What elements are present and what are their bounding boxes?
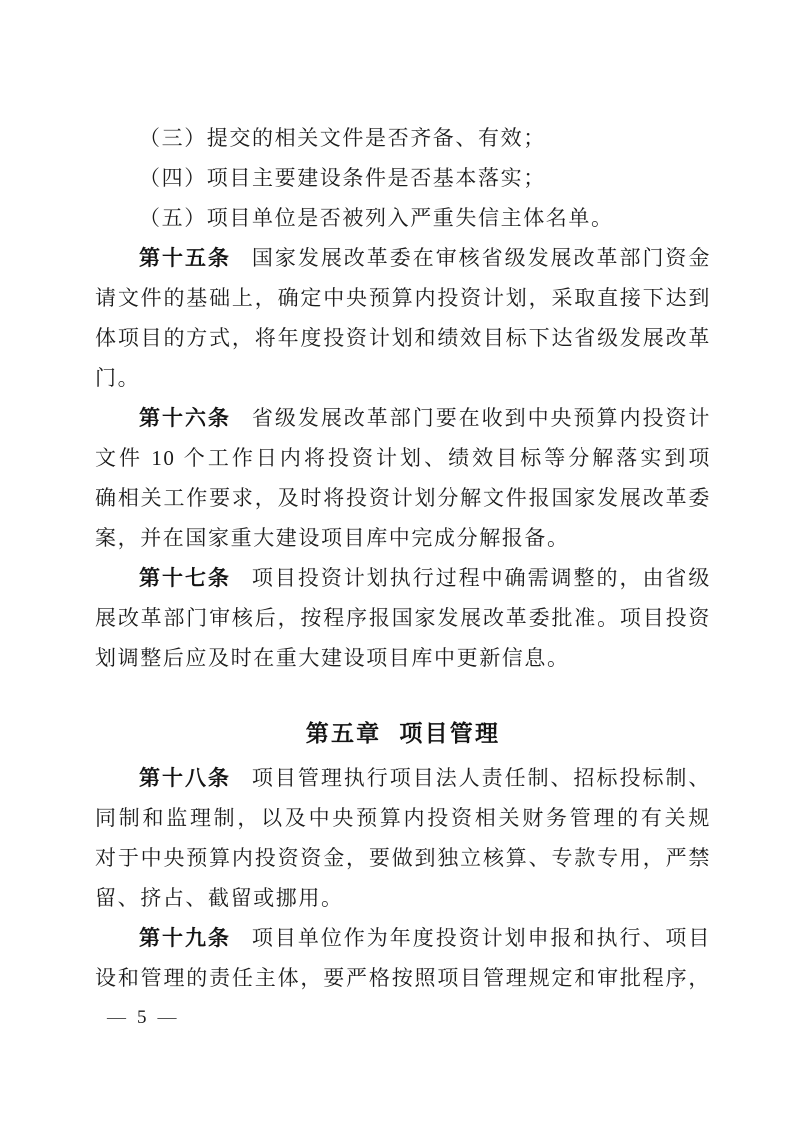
chapter-5-title: 项目管理: [399, 720, 500, 746]
clause-item-4: （四）项目主要建设条件是否基本落实；: [95, 158, 711, 198]
article-19-line-2: 设和管理的责任主体，要严格按照项目管理规定和审批程序，落: [95, 958, 711, 998]
article-18-line-1: 第十八条项目管理执行项目法人责任制、招标投标制、合: [95, 758, 711, 798]
article-15-line-3: 体项目的方式，将年度投资计划和绩效目标下达省级发展改革部: [95, 318, 711, 358]
document-body: （三）提交的相关文件是否齐备、有效； （四）项目主要建设条件是否基本落实； （五…: [95, 118, 711, 998]
article-17-line-3: 划调整后应及时在重大建设项目库中更新信息。: [95, 638, 711, 678]
footer-right-dash: —: [158, 1007, 177, 1028]
page-number: 5: [126, 1007, 158, 1028]
article-19-number: 第十九条: [139, 927, 231, 950]
article-18-line-2: 同制和监理制，以及中央预算内投资相关财务管理的有关规定。: [95, 798, 711, 838]
article-18-line-3: 对于中央预算内投资资金，要做到独立核算、专款专用，严禁滞: [95, 838, 711, 878]
page-number-footer: —5—: [107, 1003, 177, 1033]
article-15-line-4: 门。: [95, 358, 711, 398]
article-18-number: 第十八条: [139, 767, 231, 790]
document-page: （三）提交的相关文件是否齐备、有效； （四）项目主要建设条件是否基本落实； （五…: [0, 0, 800, 1131]
article-16-line-2: 文件 10 个工作日内将投资计划、绩效目标等分解落实到项目，明: [95, 438, 711, 478]
clause-item-5: （五）项目单位是否被列入严重失信主体名单。: [95, 198, 711, 238]
chapter-5-number: 第五章: [306, 720, 382, 746]
article-15-line-2: 请文件的基础上，确定中央预算内投资计划，采取直接下达到具: [95, 278, 711, 318]
chapter-5-heading: 第五章项目管理: [95, 713, 711, 753]
article-16-number: 第十六条: [139, 407, 231, 430]
article-17-line-1: 第十七条项目投资计划执行过程中确需调整的，由省级发: [95, 558, 711, 598]
clause-item-3: （三）提交的相关文件是否齐备、有效；: [95, 118, 711, 158]
article-15-number: 第十五条: [139, 247, 231, 270]
footer-left-dash: —: [107, 1007, 126, 1028]
article-19-line-1: 第十九条项目单位作为年度投资计划申报和执行、项目建: [95, 918, 711, 958]
article-18-line-4: 留、挤占、截留或挪用。: [95, 878, 711, 918]
article-16-line-3: 确相关工作要求，及时将投资计划分解文件报国家发展改革委备: [95, 478, 711, 518]
article-17-number: 第十七条: [139, 567, 231, 590]
article-15-line-1: 第十五条国家发展改革委在审核省级发展改革部门资金申: [95, 238, 711, 278]
article-16-line-4: 案，并在国家重大建设项目库中完成分解报备。: [95, 518, 711, 558]
article-17-line-2: 展改革部门审核后，按程序报国家发展改革委批准。项目投资计: [95, 598, 711, 638]
article-16-line-1: 第十六条省级发展改革部门要在收到中央预算内投资计划: [95, 398, 711, 438]
